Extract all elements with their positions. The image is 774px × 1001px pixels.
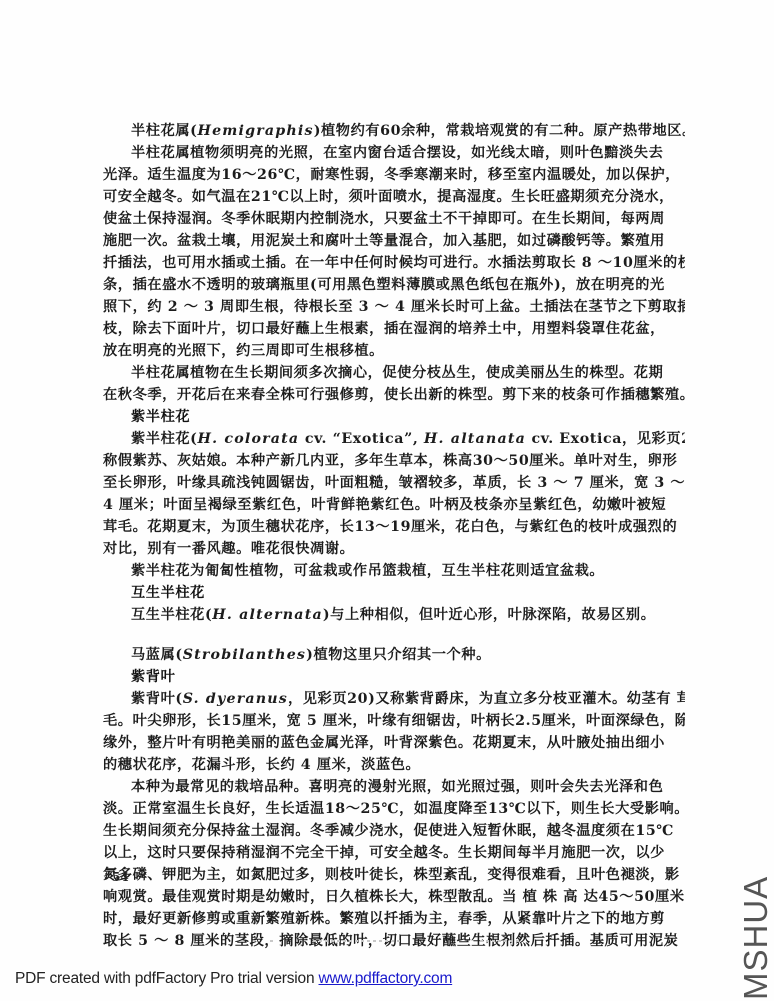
text-line: 淡。正常室温生长良好，生长适温18～25℃，如温度降至13℃以下，则生长大受影响…	[103, 798, 685, 820]
pdf-footer: PDF created with pdfFactory Pro trial ve…	[15, 970, 452, 988]
document-page: 半柱花属(Hemigraphis)植物约有60余种，常栽培观赏的有二种。原产热带…	[0, 0, 774, 1001]
text-line: 紫半柱花为匍匐性植物，可盆栽或作吊篮栽植，互生半柱花则适宜盆栽。	[103, 560, 685, 582]
text-line: 缘外，整片叶有明艳美丽的蓝色金属光泽，叶背深紫色。花期夏末，从叶腋处抽出细小	[103, 732, 685, 754]
footer-text: PDF created with pdfFactory Pro trial ve…	[15, 970, 319, 987]
text-line: 半柱花属植物在生长期间须多次摘心，促使分枝丛生，使成美丽丛生的株型。花期	[103, 362, 685, 384]
latin-name: H. altanata	[424, 431, 526, 447]
text-line: 的穗状花序，花漏斗形，长约 4 厘米，淡蓝色。	[103, 754, 685, 776]
text-line: 紫背叶(S. dyeranus，见彩页20)又称紫背爵床，为直立多分枝亚灌木。幼…	[103, 688, 685, 710]
pdffactory-link[interactable]: www.pdffactory.com	[319, 970, 453, 987]
latin-name: H. colorata	[197, 431, 299, 447]
text-line: 半柱花属植物须明亮的光照，在室内窗台适合摆设，如光线太暗，则叶色黯淡失去	[103, 142, 685, 164]
paragraph-gap	[103, 626, 685, 644]
text-line: 紫半柱花(H. colorata cv. “Exotica”, H. altan…	[103, 428, 685, 450]
scan-artifact	[480, 940, 522, 942]
text-line: 本种为最常见的栽培品种。喜明亮的漫射光照，如光照过强，则叶会失去光泽和色	[103, 776, 685, 798]
text-line: 马蓝属(Strobilanthes)植物这里只介绍其一个种。	[103, 644, 685, 666]
text-line: 4 厘米；叶面呈褐绿至紫红色，叶背鲜艳紫红色。叶柄及枝条亦呈紫红色，幼嫩叶被短	[103, 494, 685, 516]
text-line: 称假紫苏、灰姑娘。本种产新几内亚，多年生草本，株高30～50厘米。单叶对生，卵形	[103, 450, 685, 472]
text-line: 至长卵形，叶缘具疏浅钝圆锯齿，叶面粗糙，皱褶较多，革质，长 3 ～ 7 厘米，宽…	[103, 472, 685, 494]
text-line: 半柱花属(Hemigraphis)植物约有60余种，常栽培观赏的有二种。原产热带…	[103, 120, 685, 142]
text-line: 毛。叶尖卵形，长15厘米，宽 5 厘米，叶缘有细锯齿，叶柄长2.5厘米，叶面深绿…	[103, 710, 685, 732]
text-line: 生长期间须充分保持盆土湿润。冬季减少浇水，促使进入短暂休眠，越冬温度须在15℃	[103, 820, 685, 842]
text-line: 枝，除去下面叶片，切口最好蘸上生根素，插在湿润的培养土中，用塑料袋罩住花盆，	[103, 318, 685, 340]
text-line: 施肥一次。盆栽土壤，用泥炭土和腐叶土等量混合，加入基肥，如过磷酸钙等。繁殖用	[103, 230, 685, 252]
scan-artifact	[313, 940, 401, 942]
body-text: 半柱花属(Hemigraphis)植物约有60余种，常栽培观赏的有二种。原产热带…	[103, 120, 685, 952]
text-line: 时，最好更新修剪或重新繁殖新株。繁殖以扦插为主，春季，从紧靠叶片之下的地方剪	[103, 908, 685, 930]
text-line: 条，插在盛水不透明的玻璃瓶里(可用黑色塑料薄膜或黑色纸包在瓶外)，放在明亮的光	[103, 274, 685, 296]
text-line: 使盆土保持湿润。冬季休眠期内控制浇水，只要盆土不干掉即可。在生长期间，每两周	[103, 208, 685, 230]
text-line: 照下，约 2 ～ 3 周即生根，待根长至 3 ～ 4 厘米长时可上盆。土插法在茎…	[103, 296, 685, 318]
text-line: 茸毛。花期夏末，为顶生穗状花序，长13～19厘米，花白色，与紫红色的枝叶成强烈的	[103, 516, 685, 538]
text-line: 响观赏。最佳观赏时期是幼嫩时，日久植株长大，株型散乱。当 植 株 高 达45～5…	[103, 886, 685, 908]
latin-name: Hemigraphis	[197, 123, 313, 139]
latin-name: H. alternata	[212, 607, 323, 623]
page-number: 54	[112, 870, 129, 884]
latin-name: Strobilanthes	[183, 647, 306, 663]
latin-name: S. dyeranus	[183, 691, 288, 707]
section-heading: 互生半柱花	[103, 582, 685, 604]
text-line: 在秋冬季，开花后在来春全株可行强修剪，使长出新的株型。剪下来的枝条可作插穗繁殖。	[103, 384, 685, 406]
text-line: 扦插法，也可用水插或土插。在一年中任何时候均可进行。水插法剪取长 8 ～10厘米…	[103, 252, 685, 274]
text-line: 放在明亮的光照下，约三周即可生根移植。	[103, 340, 685, 362]
section-heading: 紫背叶	[103, 666, 685, 688]
text-line: 对比，别有一番风趣。唯花很快凋谢。	[103, 538, 685, 560]
text-line: 氮多磷、钾肥为主，如氮肥过多，则枝叶徒长，株型紊乱，变得很难看，且叶色褪淡，影	[103, 864, 685, 886]
watermark: MSHUA	[737, 876, 774, 1000]
text-line: 光泽。适生温度为16～26℃，耐寒性弱，冬季寒潮来时，移至室内温暖处，加以保护，	[103, 164, 685, 186]
scan-artifact	[270, 940, 276, 942]
text-line: 互生半柱花(H. alternata)与上种相似，但叶近心形，叶脉深陷，故易区别…	[103, 604, 685, 626]
section-heading: 紫半柱花	[103, 406, 685, 428]
text-line: 可安全越冬。如气温在21℃以上时，须叶面喷水，提高湿度。生长旺盛期须充分浇水，	[103, 186, 685, 208]
text-line: 以上，这时只要保持稍湿润不完全干掉，可安全越冬。生长期间每半月施肥一次，以少	[103, 842, 685, 864]
